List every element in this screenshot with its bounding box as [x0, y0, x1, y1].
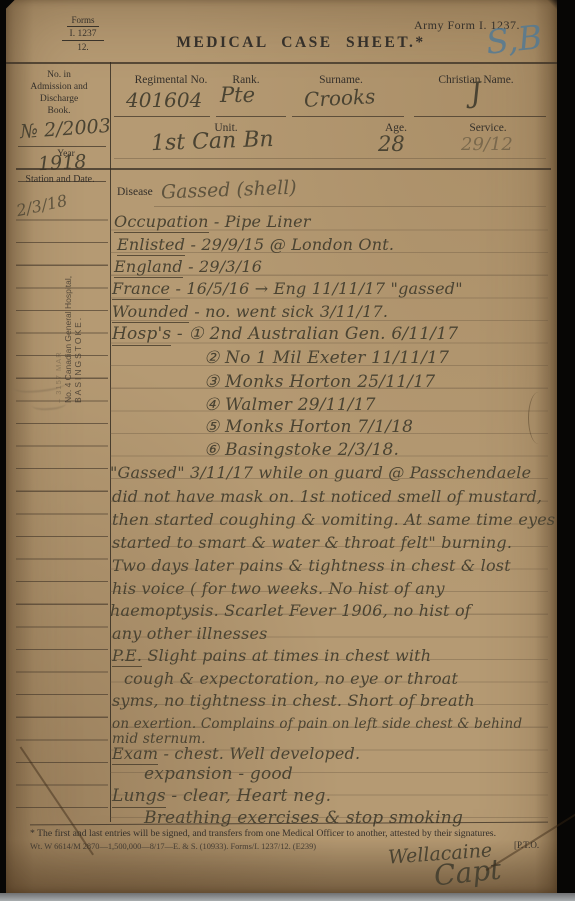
regimental-no-label: Regimental No.: [116, 74, 226, 86]
surname-underline: [292, 116, 404, 117]
unit-value: 1st Can Bn: [151, 127, 274, 156]
note-line: cough & expectoration, no eye or throat: [124, 669, 458, 688]
note-line: Lungs - clear, Heart neg.: [112, 786, 331, 806]
service-label: Service.: [448, 122, 528, 134]
note-text: then started coughing & vomiting. At sam…: [112, 510, 555, 529]
note-line: Wounded - no. went sick 3/11/17.: [112, 302, 388, 321]
header-rule: [6, 62, 557, 64]
regimental-underline: [114, 116, 210, 117]
disease-value: Gassed (shell): [161, 177, 297, 204]
note-head: Hosp's: [112, 324, 171, 346]
surname-value: Crooks: [303, 84, 375, 112]
note-text: on exertion. Complains of pain on left s…: [112, 716, 522, 732]
imprint-line: Wt. W 6614/M 2870—1,500,000—8/17—E. & S.…: [30, 842, 316, 851]
year-value: 1918: [37, 151, 86, 176]
note-line: then started coughing & vomiting. At sam…: [112, 510, 555, 529]
note-text: ⑤ Monks Horton 7/1/18: [204, 417, 413, 437]
note-text: - 29/9/15 @ London Ont.: [185, 235, 394, 254]
note-text: - chest. Well developed.: [158, 744, 360, 763]
note-line: Exam - chest. Well developed.: [112, 744, 360, 763]
blue-pencil-annotation: S,B: [484, 17, 544, 62]
paper-crease: [528, 392, 549, 444]
admission-number-value: № 2/2003: [19, 115, 111, 143]
note-text: cough & expectoration, no eye or throat: [124, 669, 458, 688]
surname-label: Surname.: [286, 74, 396, 86]
note-text: - ① 2nd Australian Gen. 6/11/17: [171, 324, 458, 344]
note-text: - no. went sick 3/11/17.: [189, 302, 388, 321]
note-line: ② No 1 Mil Exeter 11/11/17: [204, 348, 449, 368]
note-text: ③ Monks Horton 25/11/17: [204, 372, 435, 392]
disease-underline: [154, 206, 546, 207]
note-head: Lungs: [112, 786, 166, 808]
note-text: Slight pains at times in chest with: [142, 646, 431, 665]
station-date-label: Station and Date.: [24, 174, 96, 187]
note-text: haemoptysis. Scarlet Fever 1906, no hist…: [110, 601, 471, 620]
note-head: France: [112, 279, 170, 300]
note-line: France - 16/5/16 → Eng 11/11/17 "gassed": [112, 279, 463, 298]
footnote: * The first and last entries will be sig…: [30, 828, 496, 839]
note-line: his voice ( for two weeks. No hist of an…: [112, 579, 445, 598]
scanner-edge: [0, 893, 575, 901]
christian-underline: [414, 116, 546, 117]
note-text: his voice ( for two weeks. No hist of an…: [112, 579, 445, 598]
note-line: Hosp's - ① 2nd Australian Gen. 6/11/17: [112, 324, 458, 344]
admission-underline: [18, 146, 106, 147]
forms-box-line2: I. 1237: [62, 29, 104, 41]
note-line: syms, no tightness in chest. Short of br…: [112, 691, 475, 710]
age-value: 28: [378, 132, 405, 156]
note-head: Enlisted: [117, 235, 185, 256]
scan-background: Forms I. 1237 12. Army Form I. 1237. MED…: [0, 0, 575, 901]
unit-underline: [114, 158, 546, 159]
note-text: ② No 1 Mil Exeter 11/11/17: [204, 348, 449, 368]
note-text: - Pipe Liner: [209, 212, 311, 231]
note-line: ⑥ Basingstoke 2/3/18.: [204, 440, 399, 460]
note-line: ⑤ Monks Horton 7/1/18: [204, 417, 413, 437]
note-text: ④ Walmer 29/11/17: [204, 395, 376, 415]
note-line: Occupation - Pipe Liner: [114, 212, 311, 231]
scan-corner: [0, 0, 18, 14]
note-text: did not have mask on. 1st noticed smell …: [112, 487, 542, 506]
note-head: Exam: [112, 744, 158, 765]
note-line: ③ Monks Horton 25/11/17: [204, 372, 435, 392]
hospital-stamp-line2: No. 4 Canadian General Hospital,: [63, 227, 73, 403]
section-rule: [16, 168, 551, 170]
hospital-stamp-line3: BASINGSTOKE.: [73, 227, 83, 403]
note-text: started to smart & water & throat felt" …: [112, 533, 512, 552]
forms-box-line3: 12.: [54, 42, 112, 52]
note-text: Breathing exercises & stop smoking: [144, 808, 463, 828]
note-text: ⑥ Basingstoke 2/3/18.: [204, 440, 399, 460]
note-line: did not have mask on. 1st noticed smell …: [112, 487, 542, 506]
note-line: haemoptysis. Scarlet Fever 1906, no hist…: [110, 601, 471, 620]
admission-book-label: No. in Admission and Discharge Book.: [28, 70, 90, 118]
note-line: on exertion. Complains of pain on left s…: [112, 716, 522, 732]
forms-box-line1: Forms: [67, 15, 98, 27]
note-head: Wounded: [112, 302, 189, 323]
note-text: any other illnesses: [112, 624, 268, 643]
note-head: P.E.: [112, 646, 142, 667]
rank-underline: [216, 116, 286, 117]
note-head: Occupation: [114, 212, 209, 233]
note-line: "Gassed" 3/11/17 while on guard @ Passch…: [110, 463, 531, 482]
page-title: MEDICAL CASE SHEET.*: [106, 34, 496, 52]
signature-rank: Capt: [432, 853, 502, 893]
note-text: - clear, Heart neg.: [166, 786, 331, 806]
note-line: expansion - good: [144, 764, 293, 784]
note-line: ④ Walmer 29/11/17: [204, 395, 376, 415]
note-line: Breathing exercises & stop smoking: [144, 808, 463, 828]
rank-value: Pte: [220, 83, 255, 107]
note-line: started to smart & water & throat felt" …: [112, 533, 512, 552]
note-text: "Gassed" 3/11/17 while on guard @ Passch…: [110, 463, 531, 482]
note-text: Two days later pains & tightness in ches…: [112, 556, 511, 575]
note-text: expansion - good: [144, 764, 293, 784]
hospital-stamp: – 3157 MAR No. 4 Canadian General Hospit…: [54, 227, 83, 403]
note-line: any other illnesses: [112, 624, 268, 643]
scan-corner: [540, 0, 575, 12]
medical-case-sheet: Forms I. 1237 12. Army Form I. 1237. MED…: [6, 0, 557, 893]
note-line: England - 29/3/16: [114, 257, 262, 276]
regimental-no-value: 401604: [126, 88, 202, 112]
note-text: - 29/3/16: [183, 257, 262, 276]
service-value: 29/12: [461, 134, 513, 155]
note-text: - 16/5/16 → Eng 11/11/17 "gassed": [170, 279, 463, 298]
note-head: England: [114, 257, 183, 278]
note-line: P.E. Slight pains at times in chest with: [112, 646, 431, 665]
disease-label: Disease: [117, 186, 153, 198]
forms-box: Forms I. 1237 12.: [54, 10, 112, 52]
note-line: Two days later pains & tightness in ches…: [112, 556, 511, 575]
note-text: syms, no tightness in chest. Short of br…: [112, 691, 475, 710]
note-line: Enlisted - 29/9/15 @ London Ont.: [117, 235, 394, 254]
